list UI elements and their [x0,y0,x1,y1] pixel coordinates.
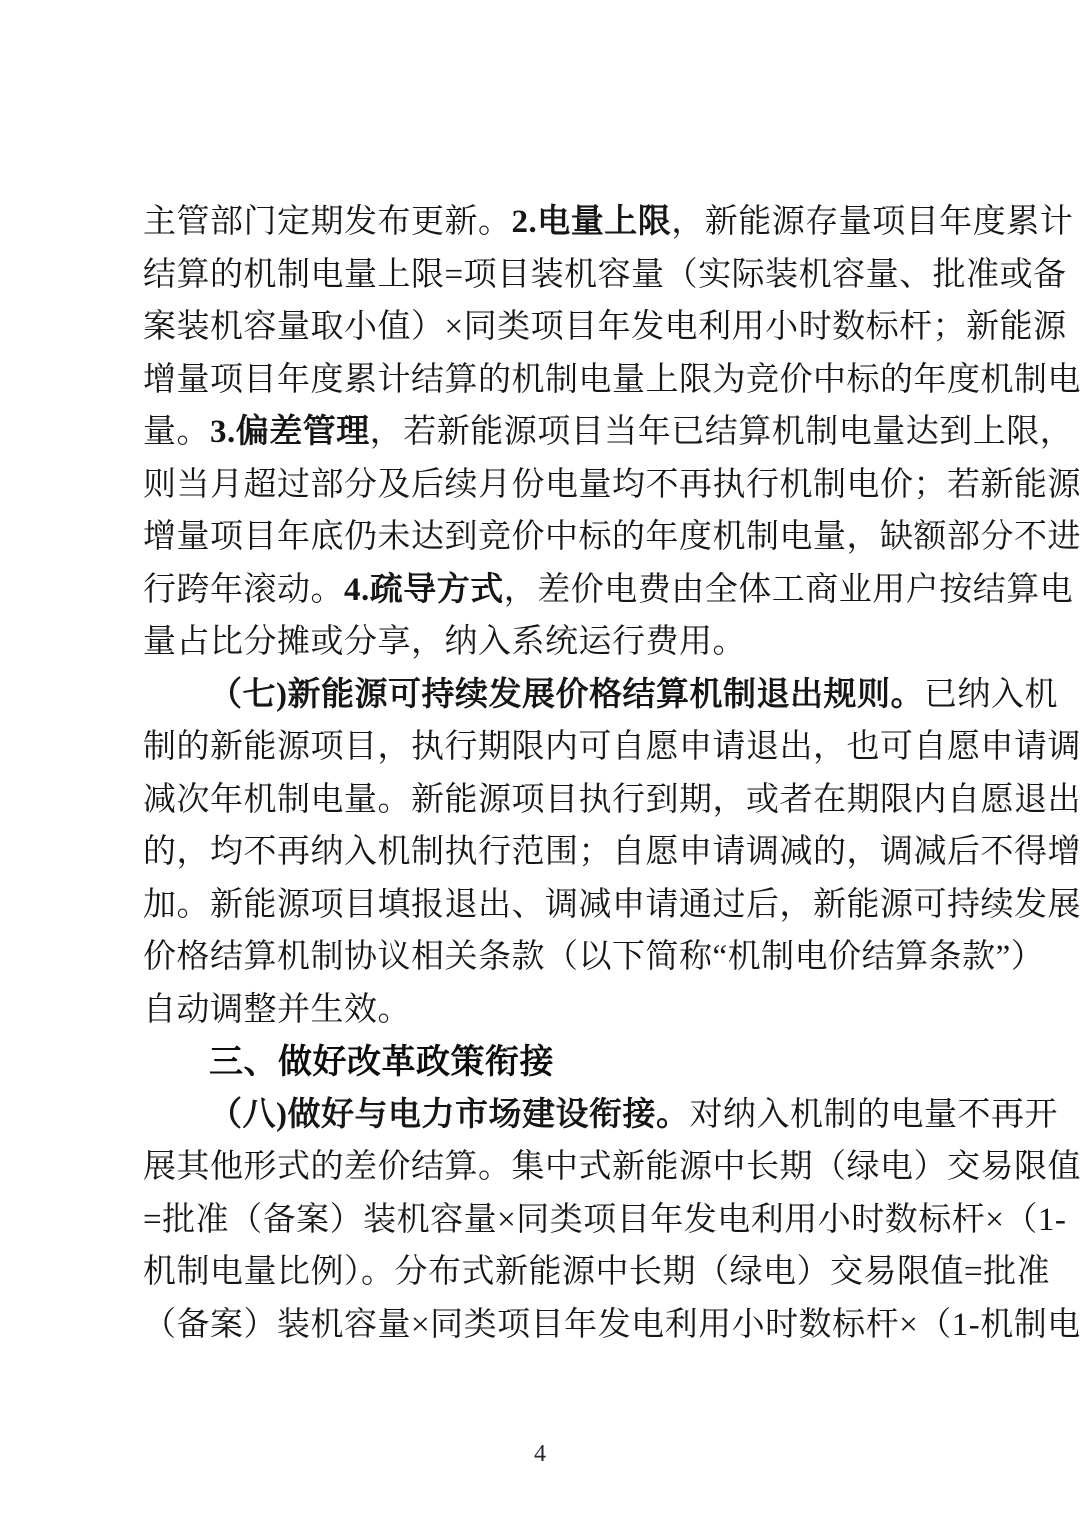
text-run: =批准（备案）装机容量×同类项目年发电利用小时数标杆×（1- [143,1202,1066,1238]
text-run: 增量项目年底仍未达到竞价中标的年度机制电量，缺额部分不进 [143,519,1080,555]
doc-line: 则当月超过部分及后续月份电量均不再执行机制电价；若新能源 [143,459,958,512]
text-run: 机制电量比例）。分布式新能源中长期（绿电）交易限值=批准 [143,1254,1050,1290]
text-run: 减次年机制电量。新能源项目执行到期，或者在期限内自愿退出 [143,782,1080,818]
text-run: 价格结算机制协议相关条款（以下简称“机制电价结算条款”） [143,939,1044,975]
document-text-block: 主管部门定期发布更新。2.电量上限，新能源存量项目年度累计 结算的机制电量上限=… [143,196,958,1351]
doc-line: 制的新能源项目，执行期限内可自愿申请退出，也可自愿申请调 [143,721,958,774]
text-run: 则当月超过部分及后续月份电量均不再执行机制电价；若新能源 [143,467,1080,503]
doc-line: 行跨年滚动。4.疏导方式，差价电费由全体工商业用户按结算电 [143,564,958,617]
doc-line: 价格结算机制协议相关条款（以下简称“机制电价结算条款”） [143,931,958,984]
clause-7-line: （七)新能源可持续发展价格结算机制退出规则。已纳入机 [143,669,958,722]
clause-7-title: （七)新能源可持续发展价格结算机制退出规则。 [209,677,924,713]
doc-line: 量占比分摊或分享，纳入系统运行费用。 [143,616,958,669]
text-run: 行跨年滚动。 [143,572,344,608]
text-run: 的，均不再纳入机制执行范围；自愿申请调减的，调减后不得增 [143,834,1080,870]
doc-line: 自动调整并生效。 [143,984,958,1037]
doc-line: 增量项目年底仍未达到竞价中标的年度机制电量，缺额部分不进 [143,511,958,564]
text-run: 量占比分摊或分享，纳入系统运行费用。 [143,624,746,660]
text-run: 案装机容量取小值）×同类项目年发电利用小时数标杆；新能源 [143,309,1067,345]
text-run: 加。新能源项目填报退出、调减申请通过后，新能源可持续发展 [143,887,1080,923]
clause-8-title: （八)做好与电力市场建设衔接。 [209,1097,690,1133]
item-3-title: 3.偏差管理 [210,414,370,450]
doc-line: =批准（备案）装机容量×同类项目年发电利用小时数标杆×（1- [143,1194,958,1247]
text-run: 主管部门定期发布更新。 [143,204,512,240]
text-run: 展其他形式的差价结算。集中式新能源中长期（绿电）交易限值 [143,1149,1080,1185]
heading-text: 三、做好改革政策衔接 [209,1043,554,1081]
doc-line: 案装机容量取小值）×同类项目年发电利用小时数标杆；新能源 [143,301,958,354]
item-4-title: 4.疏导方式 [344,572,504,608]
text-run: （备案）装机容量×同类项目年发电利用小时数标杆×（1-机制电量 [143,1307,1080,1343]
text-run: 量。 [143,414,210,450]
doc-line: 展其他形式的差价结算。集中式新能源中长期（绿电）交易限值 [143,1141,958,1194]
text-run: ，若新能源项目当年已结算机制电量达到上限， [370,414,1074,450]
doc-line: 结算的机制电量上限=项目装机容量（实际装机容量、批准或备 [143,249,958,302]
text-run: ，新能源存量项目年度累计 [671,204,1073,240]
text-run: 增量项目年度累计结算的机制电量上限为竞价中标的年度机制电 [143,362,1080,398]
doc-line: 减次年机制电量。新能源项目执行到期，或者在期限内自愿退出 [143,774,958,827]
doc-line: 机制电量比例）。分布式新能源中长期（绿电）交易限值=批准 [143,1246,958,1299]
item-2-title: 2.电量上限 [512,204,672,240]
doc-line: 增量项目年度累计结算的机制电量上限为竞价中标的年度机制电 [143,354,958,407]
document-page: 主管部门定期发布更新。2.电量上限，新能源存量项目年度累计 结算的机制电量上限=… [0,0,1080,1527]
doc-line: 的，均不再纳入机制执行范围；自愿申请调减的，调减后不得增 [143,826,958,879]
text-run: ，差价电费由全体工商业用户按结算电 [504,572,1074,608]
doc-line: （备案）装机容量×同类项目年发电利用小时数标杆×（1-机制电量 [143,1299,958,1352]
text-run: 制的新能源项目，执行期限内可自愿申请退出，也可自愿申请调 [143,729,1080,765]
page-number: 4 [0,1441,1080,1468]
doc-line: 量。3.偏差管理，若新能源项目当年已结算机制电量达到上限， [143,406,958,459]
text-run: 结算的机制电量上限=项目装机容量（实际装机容量、批准或备 [143,257,1067,293]
doc-line: 主管部门定期发布更新。2.电量上限，新能源存量项目年度累计 [143,196,958,249]
section-3-heading: 三、做好改革政策衔接 [143,1036,958,1089]
text-run: 对纳入机制的电量不再开 [690,1097,1059,1133]
text-run: 已纳入机 [924,677,1058,713]
clause-8-line: （八)做好与电力市场建设衔接。对纳入机制的电量不再开 [143,1089,958,1142]
doc-line: 加。新能源项目填报退出、调减申请通过后，新能源可持续发展 [143,879,958,932]
text-run: 自动调整并生效。 [143,992,411,1028]
